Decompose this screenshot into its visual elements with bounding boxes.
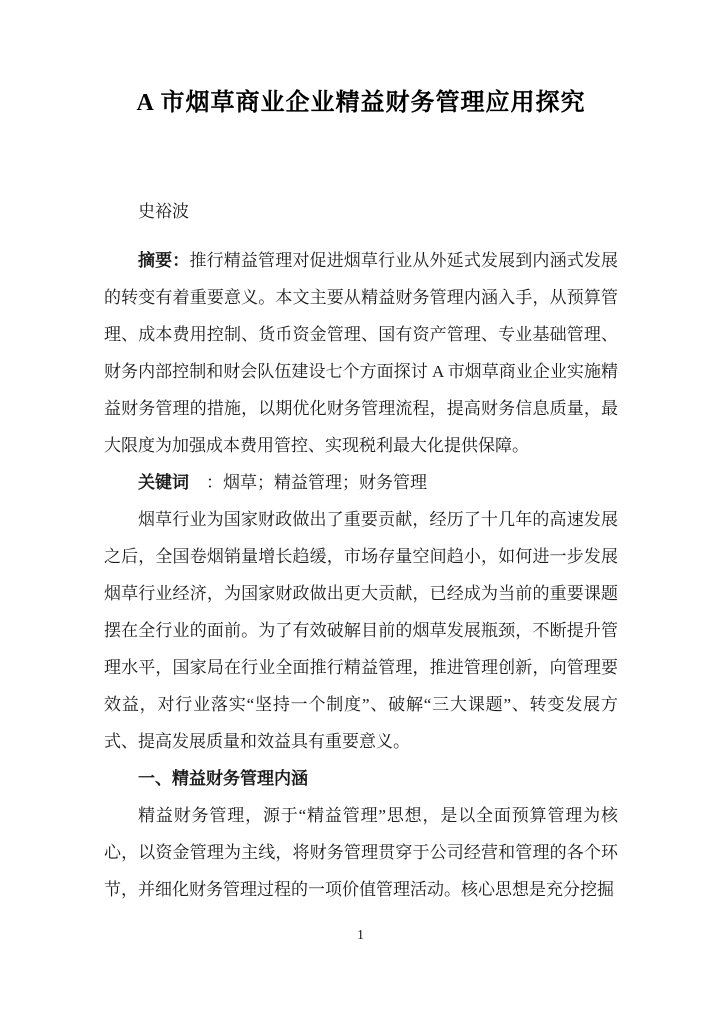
intro-paragraph: 烟草行业为国家财政做出了重要贡献，经历了十几年的高速发展之后，全国卷烟销量增长趋…	[104, 501, 618, 760]
keywords-label: 关键词	[138, 473, 189, 492]
abstract-paragraph: 摘要：推行精益管理对促进烟草行业从外延式发展到内涵式发展的转变有着重要意义。本文…	[104, 242, 618, 464]
page-number: 1	[0, 921, 721, 951]
author-name: 史裕波	[104, 193, 618, 230]
keywords-line: 关键词 ：烟草；精益管理；财务管理	[104, 464, 618, 501]
keywords-text: 烟草；精益管理；财务管理	[223, 473, 427, 492]
document-page: A 市烟草商业企业精益财务管理应用探究 史裕波 摘要：推行精益管理对促进烟草行业…	[0, 0, 721, 1020]
body-paragraph: 精益财务管理，源于“精益管理”思想，是以全面预算管理为核心，以资金管理为主线，将…	[104, 797, 618, 908]
section-heading: 一、精益财务管理内涵	[104, 760, 618, 797]
document-content: A 市烟草商业企业精益财务管理应用探究 史裕波 摘要：推行精益管理对促进烟草行业…	[104, 82, 618, 908]
document-title: A 市烟草商业企业精益财务管理应用探究	[104, 82, 618, 124]
abstract-label: 摘要：	[138, 251, 189, 270]
abstract-text: 推行精益管理对促进烟草行业从外延式发展到内涵式发展的转变有着重要意义。本文主要从…	[104, 251, 618, 455]
keywords-colon: ：	[189, 473, 223, 492]
